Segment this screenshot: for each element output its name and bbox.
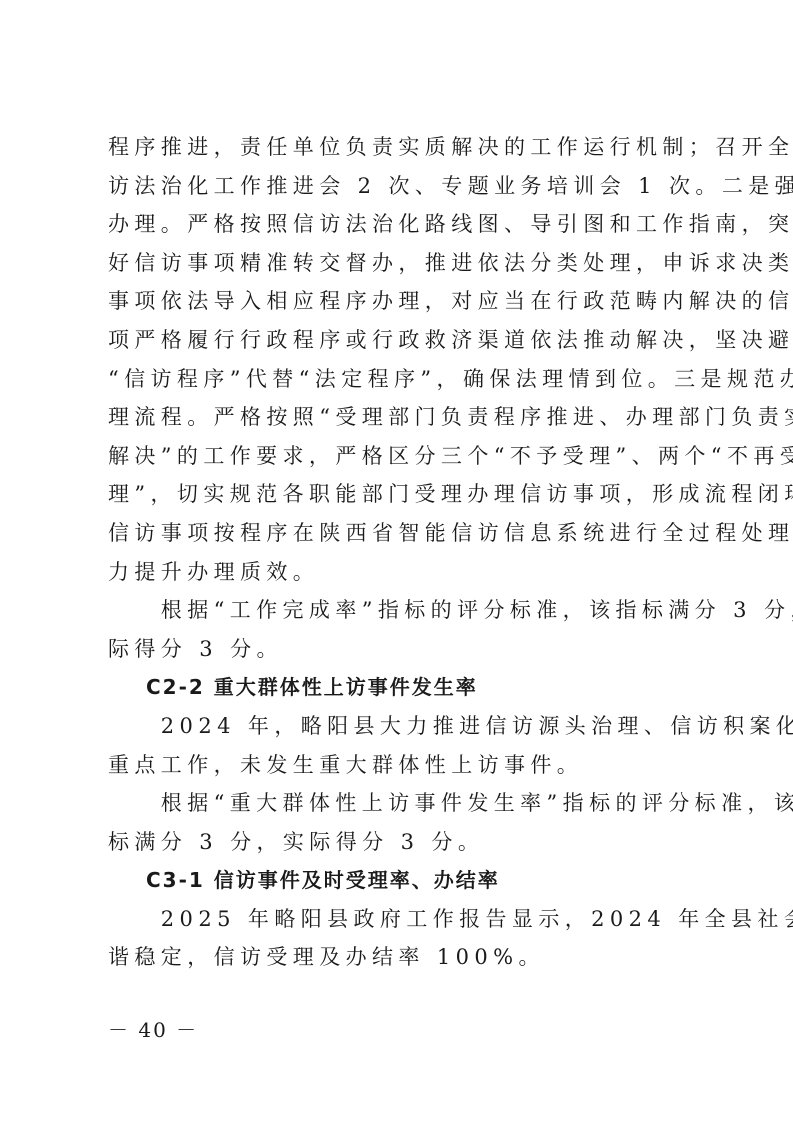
document-page: 程序推进，责任单位负责实质解决的工作运行机制；召开全县信 访法治化工作推进会 2… — [0, 0, 793, 1122]
paragraph-line: 信访事项按程序在陕西省智能信访信息系统进行全过程处理，着 — [108, 514, 694, 553]
paragraph-line: 谐稳定，信访受理及办结率 100%。 — [108, 938, 694, 977]
paragraph-line: 程序推进，责任单位负责实质解决的工作运行机制；召开全县信 — [108, 128, 694, 167]
paragraph-line: 访法治化工作推进会 2 次、专题业务培训会 1 次。二是强化依法 — [108, 167, 694, 206]
section-heading-c2-2: C2-2 重大群体性上访事件发生率 — [108, 668, 694, 707]
paragraph-line: 重点工作，未发生重大群体性上访事件。 — [108, 746, 694, 785]
paragraph-line: 事项依法导入相应程序办理，对应当在行政范畴内解决的信访事 — [108, 282, 694, 321]
page-number: － 40 － — [108, 1014, 198, 1043]
paragraph-line: 理”，切实规范各职能部门受理办理信访事项，形成流程闭环， — [108, 475, 694, 514]
document-body: 程序推进，责任单位负责实质解决的工作运行机制；召开全县信 访法治化工作推进会 2… — [108, 128, 694, 977]
paragraph-line: 2025 年略阳县政府工作报告显示，2024 年全县社会大局和 — [108, 900, 694, 939]
paragraph-line: 际得分 3 分。 — [108, 630, 694, 669]
paragraph-line: 好信访事项精准转交督办，推进依法分类处理，申诉求决类信访 — [108, 244, 694, 283]
paragraph-line: 根据“重大群体性上访事件发生率”指标的评分标准，该指 — [108, 784, 694, 823]
paragraph-line: 2024 年，略阳县大力推进信访源头治理、信访积案化解等 — [108, 707, 694, 746]
paragraph-line: 解决”的工作要求，严格区分三个“不予受理”、两个“不再受 — [108, 437, 694, 476]
paragraph-line: “信访程序”代替“法定程序”，确保法理情到位。三是规范办 — [108, 360, 694, 399]
paragraph-line: 理流程。严格按照“受理部门负责程序推进、办理部门负责实质 — [108, 398, 694, 437]
section-heading-c3-1: C3-1 信访事件及时受理率、办结率 — [108, 861, 694, 900]
paragraph-line: 标满分 3 分，实际得分 3 分。 — [108, 823, 694, 862]
paragraph-line: 根据“工作完成率”指标的评分标准，该指标满分 3 分，实 — [108, 591, 694, 630]
paragraph-line: 办理。严格按照信访法治化路线图、导引图和工作指南，突出抓 — [108, 205, 694, 244]
paragraph-line: 项严格履行行政程序或行政救济渠道依法推动解决，坚决避免以 — [108, 321, 694, 360]
paragraph-line: 力提升办理质效。 — [108, 553, 694, 592]
